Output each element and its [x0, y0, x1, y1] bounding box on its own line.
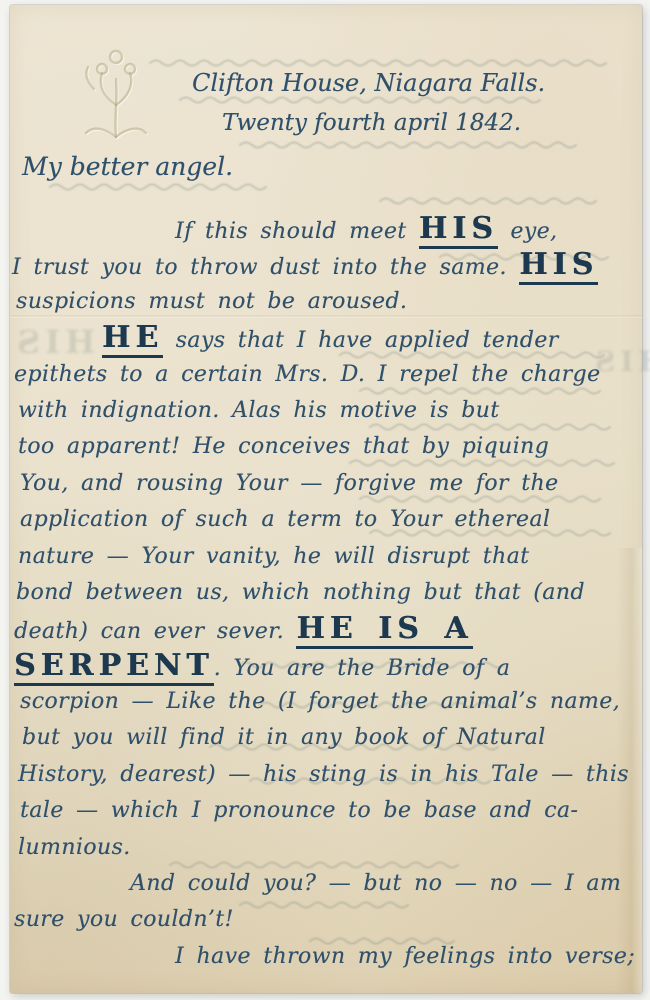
emphasized-word: HIS: [419, 211, 498, 249]
emphasized-word: HE IS A: [296, 611, 472, 649]
letter-line: bond between us, which nothing but that …: [10, 575, 642, 611]
handwriting-text: I have thrown my feelings into verse;: [175, 944, 635, 969]
letter-line: And could you? — but no — no — I am: [10, 866, 642, 902]
handwriting-text: eye,: [498, 219, 557, 244]
handwriting-text: but you will find it in any book of Natu…: [22, 725, 546, 750]
letter-line: lumnious.: [10, 830, 642, 866]
letter-line: History, dearest) — his sting is in his …: [10, 757, 642, 793]
handwriting-text: I trust you to throw dust into the same.: [12, 255, 519, 280]
letter-line: with indignation. Alas his motive is but: [10, 393, 642, 429]
handwriting-text: nature — Your vanity, he will disrupt th…: [18, 544, 529, 569]
handwriting-text: And could you? — but no — no — I am: [130, 871, 621, 896]
handwriting-text: If this should meet: [175, 219, 419, 244]
letter-line: nature — Your vanity, he will disrupt th…: [10, 539, 642, 575]
handwriting-text: sure you couldn’t!: [14, 907, 234, 932]
letter-date: Twenty fourth april 1842.: [10, 103, 642, 143]
handwriting-text: History, dearest) — his sting is in his …: [18, 762, 629, 787]
letter-salutation: My better angel.: [10, 143, 642, 191]
letter-line: suspicions must not be aroused.: [10, 284, 642, 320]
verso-ghost-word: HIS: [590, 345, 650, 378]
handwriting-text: says that I have applied tender: [163, 328, 558, 353]
letter-line: If this should meet HIS eye,: [10, 211, 642, 247]
letter-line: tale — which I pronounce to be base and …: [10, 793, 642, 829]
letter-line: I trust you to throw dust into the same.…: [10, 247, 642, 283]
emphasized-word: HIS: [519, 247, 598, 285]
letter-paper: Clifton House, Niagara Falls. Twenty fou…: [10, 5, 642, 993]
letter-line: I have thrown my feelings into verse;: [10, 939, 642, 975]
handwriting-text: bond between us, which nothing but that …: [16, 580, 585, 605]
handwriting-text: suspicions must not be aroused.: [16, 289, 407, 314]
handwriting-text: too apparent! He conceives that by piqui…: [18, 434, 549, 459]
letter-line: sure you couldn’t!: [10, 902, 642, 938]
letter-line: death) can ever sever. HE IS A: [10, 611, 642, 647]
handwriting-text: . You are the Bride of a: [214, 656, 511, 681]
handwriting-text: scorpion — Like the (I forget the animal…: [20, 689, 620, 714]
handwriting-text: epithets to a certain Mrs. D. I repel th…: [14, 362, 600, 387]
verso-ghost-word: HIS: [12, 323, 95, 361]
letter-line: but you will find it in any book of Natu…: [10, 720, 642, 756]
handwriting-text: death) can ever sever.: [14, 619, 296, 644]
handwriting-text: with indignation. Alas his motive is but: [18, 398, 500, 423]
letter-line: SERPENT. You are the Bride of a: [10, 648, 642, 684]
handwriting-text: You, and rousing Your — forgive me for t…: [20, 471, 558, 496]
handwriting-text: lumnious.: [18, 835, 131, 860]
letter-address: Clifton House, Niagara Falls.: [10, 63, 642, 103]
letter-line: scorpion — Like the (I forget the animal…: [10, 684, 642, 720]
handwriting-text: tale — which I pronounce to be base and …: [20, 798, 578, 823]
letter-line: application of such a term to Your ether…: [10, 502, 642, 538]
letter-line: epithets to a certain Mrs. D. I repel th…: [10, 357, 642, 393]
emphasized-word: SERPENT: [14, 648, 214, 686]
emphasized-word: HE: [102, 320, 163, 358]
handwriting-text: application of such a term to Your ether…: [20, 507, 550, 532]
letter-body: If this should meet HIS eye,I trust you …: [10, 211, 642, 975]
letter-content: Clifton House, Niagara Falls. Twenty fou…: [10, 5, 642, 975]
letter-line: too apparent! He conceives that by piqui…: [10, 429, 642, 465]
letter-line: HE says that I have applied tender: [10, 320, 642, 356]
letter-line: You, and rousing Your — forgive me for t…: [10, 466, 642, 502]
